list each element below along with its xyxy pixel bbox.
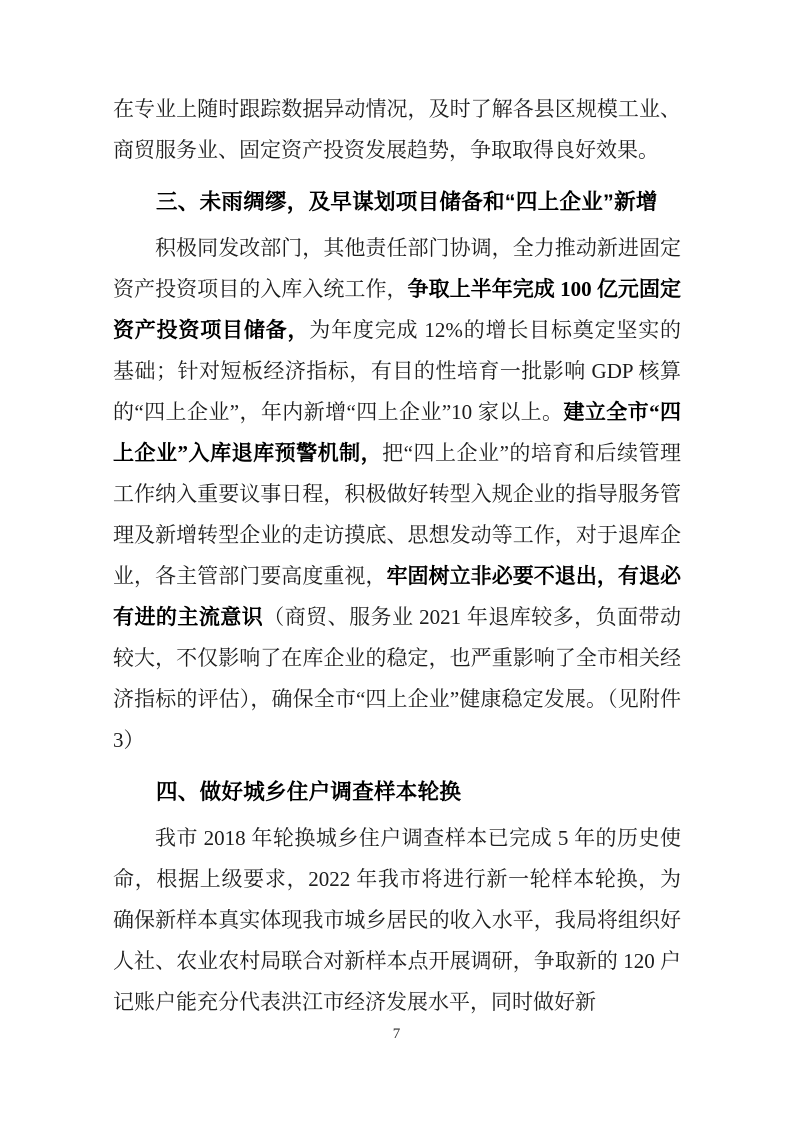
document-body: 在专业上随时跟踪数据异动情况，及时了解各县区规模工业、商贸服务业、固定资产投资发… xyxy=(113,89,681,1023)
page-footer: 7 xyxy=(0,1024,793,1044)
paragraph-section-three: 积极同发改部门，其他责任部门协调，全力推动新进固定资产投资项目的入库入统工作，争… xyxy=(113,228,681,761)
document-page: 在专业上随时跟踪数据异动情况，及时了解各县区规模工业、商贸服务业、固定资产投资发… xyxy=(0,0,793,1122)
paragraph-continuation: 在专业上随时跟踪数据异动情况，及时了解各县区规模工业、商贸服务业、固定资产投资发… xyxy=(113,89,681,171)
paragraph-section-four: 我市 2018 年轮换城乡住户调查样本已完成 5 年的历史使命，根据上级要求，2… xyxy=(113,818,681,1023)
section-heading-three: 三、未雨绸缪，及早谋划项目储备和“四上企业”新增 xyxy=(113,182,681,223)
page-number: 7 xyxy=(393,1026,401,1042)
section-heading-four: 四、做好城乡住户调查样本轮换 xyxy=(113,772,681,813)
